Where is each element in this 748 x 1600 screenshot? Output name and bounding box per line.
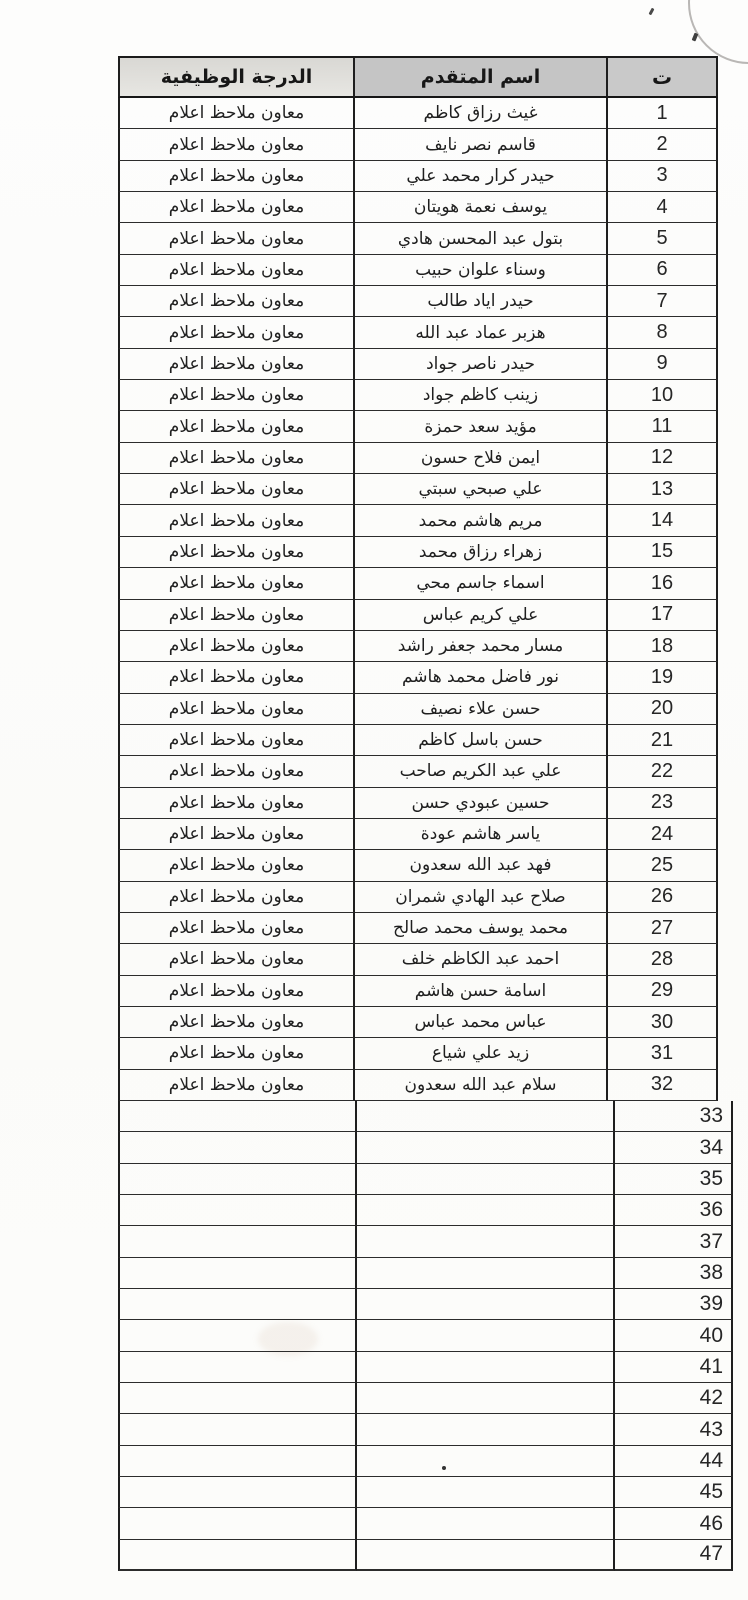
cell-no: 46 bbox=[615, 1508, 733, 1539]
cell-name: اسامة حسن هاشم bbox=[355, 976, 608, 1007]
cell-name bbox=[357, 1383, 615, 1414]
cell-name: حسن علاء نصيف bbox=[355, 694, 608, 725]
cell-no: 11 bbox=[608, 411, 718, 442]
cell-no: 23 bbox=[608, 788, 718, 819]
cell-grade bbox=[118, 1508, 357, 1539]
cell-no: 10 bbox=[608, 380, 718, 411]
cell-no: 33 bbox=[615, 1101, 733, 1132]
cell-no: 29 bbox=[608, 976, 718, 1007]
table-row: معاون ملاحظ اعلام وسناء علوان حبيب 6 bbox=[118, 255, 733, 286]
table-row: معاون ملاحظ اعلام بتول عبد المحسن هادي 5 bbox=[118, 223, 733, 254]
cell-name: نور فاضل محمد هاشم bbox=[355, 662, 608, 693]
cell-name: احمد عبد الكاظم خلف bbox=[355, 944, 608, 975]
cell-name: قاسم نصر نايف bbox=[355, 129, 608, 160]
header-no: ت bbox=[608, 56, 718, 98]
table-row: 37 bbox=[118, 1226, 733, 1257]
cell-no: 26 bbox=[608, 882, 718, 913]
cell-name: حيدر اياد طالب bbox=[355, 286, 608, 317]
cell-no: 32 bbox=[608, 1070, 718, 1101]
cell-grade bbox=[118, 1383, 357, 1414]
cell-name: مسار محمد جعفر راشد bbox=[355, 631, 608, 662]
cell-grade bbox=[118, 1477, 357, 1508]
table-row: معاون ملاحظ اعلام حسن باسل كاظم 21 bbox=[118, 725, 733, 756]
cell-grade bbox=[118, 1540, 357, 1571]
table-row: معاون ملاحظ اعلام زينب كاظم جواد 10 bbox=[118, 380, 733, 411]
table-row: معاون ملاحظ اعلام مؤيد سعد حمزة 11 bbox=[118, 411, 733, 442]
cell-no: 40 bbox=[615, 1320, 733, 1351]
cell-name bbox=[357, 1289, 615, 1320]
cell-name: فهد عبد الله سعدون bbox=[355, 850, 608, 881]
cell-name bbox=[357, 1540, 615, 1571]
cell-no: 44 bbox=[615, 1446, 733, 1477]
table-row: 46 bbox=[118, 1508, 733, 1539]
table-row: 45 bbox=[118, 1477, 733, 1508]
cell-grade: معاون ملاحظ اعلام bbox=[118, 474, 355, 505]
cell-grade: معاون ملاحظ اعلام bbox=[118, 819, 355, 850]
table-row: 44 bbox=[118, 1446, 733, 1477]
cell-no: 5 bbox=[608, 223, 718, 254]
table-row: معاون ملاحظ اعلام اسامة حسن هاشم 29 bbox=[118, 976, 733, 1007]
cell-no: 14 bbox=[608, 505, 718, 536]
cell-grade: معاون ملاحظ اعلام bbox=[118, 913, 355, 944]
cell-grade: معاون ملاحظ اعلام bbox=[118, 349, 355, 380]
table-row: 41 bbox=[118, 1352, 733, 1383]
cell-no: 37 bbox=[615, 1226, 733, 1257]
cell-grade: معاون ملاحظ اعلام bbox=[118, 1007, 355, 1038]
applicants-table: الدرجة الوظيفية اسم المتقدم ت معاون ملاح… bbox=[118, 56, 733, 1571]
cell-grade: معاون ملاحظ اعلام bbox=[118, 725, 355, 756]
cell-no: 2 bbox=[608, 129, 718, 160]
table-header-row: الدرجة الوظيفية اسم المتقدم ت bbox=[118, 56, 733, 98]
header-name: اسم المتقدم bbox=[355, 56, 608, 98]
cell-no: 43 bbox=[615, 1414, 733, 1445]
cell-grade bbox=[118, 1226, 357, 1257]
cell-no: 31 bbox=[608, 1038, 718, 1069]
cell-grade: معاون ملاحظ اعلام bbox=[118, 944, 355, 975]
cell-grade: معاون ملاحظ اعلام bbox=[118, 756, 355, 787]
cell-no: 35 bbox=[615, 1164, 733, 1195]
cell-grade bbox=[118, 1101, 357, 1132]
cell-grade: معاون ملاحظ اعلام bbox=[118, 223, 355, 254]
cell-name: صلاح عبد الهادي شمران bbox=[355, 882, 608, 913]
cell-name bbox=[357, 1352, 615, 1383]
cell-name: عباس محمد عباس bbox=[355, 1007, 608, 1038]
cell-no: 15 bbox=[608, 537, 718, 568]
cell-grade bbox=[118, 1320, 357, 1351]
cell-name: سلام عبد الله سعدون bbox=[355, 1070, 608, 1101]
cell-grade: معاون ملاحظ اعلام bbox=[118, 788, 355, 819]
table-row: معاون ملاحظ اعلام محمد يوسف محمد صالح 27 bbox=[118, 913, 733, 944]
cell-no: 27 bbox=[608, 913, 718, 944]
cell-name: زهراء رزاق محمد bbox=[355, 537, 608, 568]
table-row: معاون ملاحظ اعلام يوسف نعمة هويتان 4 bbox=[118, 192, 733, 223]
scanned-document-page: الدرجة الوظيفية اسم المتقدم ت معاون ملاح… bbox=[0, 0, 748, 1600]
cell-no: 19 bbox=[608, 662, 718, 693]
cell-name bbox=[357, 1446, 615, 1477]
cell-no: 30 bbox=[608, 1007, 718, 1038]
cell-name: هزبر عماد عبد الله bbox=[355, 317, 608, 348]
table-row: معاون ملاحظ اعلام اسماء جاسم محي 16 bbox=[118, 568, 733, 599]
cell-grade bbox=[118, 1164, 357, 1195]
cell-name: حسن باسل كاظم bbox=[355, 725, 608, 756]
cell-no: 3 bbox=[608, 161, 718, 192]
cell-no: 20 bbox=[608, 694, 718, 725]
cell-name: بتول عبد المحسن هادي bbox=[355, 223, 608, 254]
cell-name: وسناء علوان حبيب bbox=[355, 255, 608, 286]
table-row: معاون ملاحظ اعلام ايمن فلاح حسون 12 bbox=[118, 443, 733, 474]
table-row: 40 bbox=[118, 1320, 733, 1351]
cell-no: 12 bbox=[608, 443, 718, 474]
table-row: معاون ملاحظ اعلام حيدر ناصر جواد 9 bbox=[118, 349, 733, 380]
cell-no: 24 bbox=[608, 819, 718, 850]
cell-grade bbox=[118, 1414, 357, 1445]
cell-no: 7 bbox=[608, 286, 718, 317]
cell-grade bbox=[118, 1258, 357, 1289]
cell-no: 47 bbox=[615, 1540, 733, 1571]
cell-grade: معاون ملاحظ اعلام bbox=[118, 317, 355, 348]
cell-no: 45 bbox=[615, 1477, 733, 1508]
cell-no: 22 bbox=[608, 756, 718, 787]
cell-no: 38 bbox=[615, 1258, 733, 1289]
cell-grade: معاون ملاحظ اعلام bbox=[118, 631, 355, 662]
cell-name: زينب كاظم جواد bbox=[355, 380, 608, 411]
cell-grade bbox=[118, 1352, 357, 1383]
cell-no: 16 bbox=[608, 568, 718, 599]
table-row: معاون ملاحظ اعلام قاسم نصر نايف 2 bbox=[118, 129, 733, 160]
table-row: 43 bbox=[118, 1414, 733, 1445]
table-row: معاون ملاحظ اعلام علي كريم عباس 17 bbox=[118, 600, 733, 631]
cell-name bbox=[357, 1195, 615, 1226]
table-row: 35 bbox=[118, 1164, 733, 1195]
cell-no: 28 bbox=[608, 944, 718, 975]
cell-no: 18 bbox=[608, 631, 718, 662]
cell-no: 6 bbox=[608, 255, 718, 286]
table-row: معاون ملاحظ اعلام مسار محمد جعفر راشد 18 bbox=[118, 631, 733, 662]
cell-name: حيدر كرار محمد علي bbox=[355, 161, 608, 192]
cell-name bbox=[357, 1101, 615, 1132]
cell-name: علي كريم عباس bbox=[355, 600, 608, 631]
cell-grade: معاون ملاحظ اعلام bbox=[118, 505, 355, 536]
table-row: 36 bbox=[118, 1195, 733, 1226]
cell-grade: معاون ملاحظ اعلام bbox=[118, 882, 355, 913]
cell-no: 9 bbox=[608, 349, 718, 380]
table-row: معاون ملاحظ اعلام حيدر كرار محمد علي 3 bbox=[118, 161, 733, 192]
cell-name: ايمن فلاح حسون bbox=[355, 443, 608, 474]
cell-no: 25 bbox=[608, 850, 718, 881]
cell-name: مريم هاشم محمد bbox=[355, 505, 608, 536]
cell-grade: معاون ملاحظ اعلام bbox=[118, 694, 355, 725]
cell-grade: معاون ملاحظ اعلام bbox=[118, 129, 355, 160]
cell-grade: معاون ملاحظ اعلام bbox=[118, 98, 355, 129]
scan-speck bbox=[649, 8, 655, 16]
table-row: معاون ملاحظ اعلام حسن علاء نصيف 20 bbox=[118, 694, 733, 725]
table-row: معاون ملاحظ اعلام ياسر هاشم عودة 24 bbox=[118, 819, 733, 850]
cell-name: علي عبد الكريم صاحب bbox=[355, 756, 608, 787]
cell-name bbox=[357, 1414, 615, 1445]
table-row: معاون ملاحظ اعلام نور فاضل محمد هاشم 19 bbox=[118, 662, 733, 693]
table-body: معاون ملاحظ اعلام غيث رزاق كاظم 1 معاون … bbox=[118, 98, 733, 1571]
table-row: معاون ملاحظ اعلام حيدر اياد طالب 7 bbox=[118, 286, 733, 317]
scan-speck bbox=[692, 33, 698, 42]
table-row: معاون ملاحظ اعلام علي عبد الكريم صاحب 22 bbox=[118, 756, 733, 787]
cell-name bbox=[357, 1320, 615, 1351]
table-row: معاون ملاحظ اعلام زيد علي شياع 31 bbox=[118, 1038, 733, 1069]
cell-grade: معاون ملاحظ اعلام bbox=[118, 976, 355, 1007]
cell-grade: معاون ملاحظ اعلام bbox=[118, 192, 355, 223]
cell-name: ياسر هاشم عودة bbox=[355, 819, 608, 850]
cell-name: مؤيد سعد حمزة bbox=[355, 411, 608, 442]
table-row: معاون ملاحظ اعلام زهراء رزاق محمد 15 bbox=[118, 537, 733, 568]
table-row: معاون ملاحظ اعلام علي صبحي سبتي 13 bbox=[118, 474, 733, 505]
cell-name bbox=[357, 1226, 615, 1257]
table-row: معاون ملاحظ اعلام حسين عبودي حسن 23 bbox=[118, 788, 733, 819]
cell-name: محمد يوسف محمد صالح bbox=[355, 913, 608, 944]
cell-name bbox=[357, 1258, 615, 1289]
cell-name: اسماء جاسم محي bbox=[355, 568, 608, 599]
cell-name: علي صبحي سبتي bbox=[355, 474, 608, 505]
table-row: 33 bbox=[118, 1101, 733, 1132]
cell-grade: معاون ملاحظ اعلام bbox=[118, 662, 355, 693]
cell-no: 34 bbox=[615, 1132, 733, 1163]
table-row: 38 bbox=[118, 1258, 733, 1289]
cell-grade: معاون ملاحظ اعلام bbox=[118, 600, 355, 631]
cell-grade: معاون ملاحظ اعلام bbox=[118, 286, 355, 317]
cell-name: زيد علي شياع bbox=[355, 1038, 608, 1069]
table-row: 39 bbox=[118, 1289, 733, 1320]
cell-grade bbox=[118, 1132, 357, 1163]
table-row: معاون ملاحظ اعلام احمد عبد الكاظم خلف 28 bbox=[118, 944, 733, 975]
cell-grade: معاون ملاحظ اعلام bbox=[118, 411, 355, 442]
table-row: 42 bbox=[118, 1383, 733, 1414]
cell-name bbox=[357, 1132, 615, 1163]
cell-no: 8 bbox=[608, 317, 718, 348]
table-row: 34 bbox=[118, 1132, 733, 1163]
table-row: 47 bbox=[118, 1540, 733, 1571]
cell-name bbox=[357, 1477, 615, 1508]
cell-no: 41 bbox=[615, 1352, 733, 1383]
cell-no: 13 bbox=[608, 474, 718, 505]
cell-grade: معاون ملاحظ اعلام bbox=[118, 443, 355, 474]
cell-grade bbox=[118, 1446, 357, 1477]
cell-no: 17 bbox=[608, 600, 718, 631]
table-row: معاون ملاحظ اعلام مريم هاشم محمد 14 bbox=[118, 505, 733, 536]
cell-grade bbox=[118, 1289, 357, 1320]
cell-name: يوسف نعمة هويتان bbox=[355, 192, 608, 223]
table-row: معاون ملاحظ اعلام صلاح عبد الهادي شمران … bbox=[118, 882, 733, 913]
table-row: معاون ملاحظ اعلام فهد عبد الله سعدون 25 bbox=[118, 850, 733, 881]
cell-name bbox=[357, 1508, 615, 1539]
cell-no: 4 bbox=[608, 192, 718, 223]
cell-no: 1 bbox=[608, 98, 718, 129]
table-row: معاون ملاحظ اعلام سلام عبد الله سعدون 32 bbox=[118, 1070, 733, 1101]
cell-name: غيث رزاق كاظم bbox=[355, 98, 608, 129]
cell-grade: معاون ملاحظ اعلام bbox=[118, 568, 355, 599]
cell-grade: معاون ملاحظ اعلام bbox=[118, 1070, 355, 1101]
cell-grade bbox=[118, 1195, 357, 1226]
cell-grade: معاون ملاحظ اعلام bbox=[118, 850, 355, 881]
table-row: معاون ملاحظ اعلام غيث رزاق كاظم 1 bbox=[118, 98, 733, 129]
cell-grade: معاون ملاحظ اعلام bbox=[118, 380, 355, 411]
header-grade: الدرجة الوظيفية bbox=[118, 56, 355, 98]
table-row: معاون ملاحظ اعلام عباس محمد عباس 30 bbox=[118, 1007, 733, 1038]
cell-grade: معاون ملاحظ اعلام bbox=[118, 161, 355, 192]
cell-no: 39 bbox=[615, 1289, 733, 1320]
cell-grade: معاون ملاحظ اعلام bbox=[118, 537, 355, 568]
scan-corner-curve bbox=[688, 0, 748, 64]
cell-grade: معاون ملاحظ اعلام bbox=[118, 255, 355, 286]
cell-no: 21 bbox=[608, 725, 718, 756]
cell-name: حسين عبودي حسن bbox=[355, 788, 608, 819]
cell-no: 42 bbox=[615, 1383, 733, 1414]
cell-no: 36 bbox=[615, 1195, 733, 1226]
table-row: معاون ملاحظ اعلام هزبر عماد عبد الله 8 bbox=[118, 317, 733, 348]
cell-name bbox=[357, 1164, 615, 1195]
cell-name: حيدر ناصر جواد bbox=[355, 349, 608, 380]
cell-grade: معاون ملاحظ اعلام bbox=[118, 1038, 355, 1069]
